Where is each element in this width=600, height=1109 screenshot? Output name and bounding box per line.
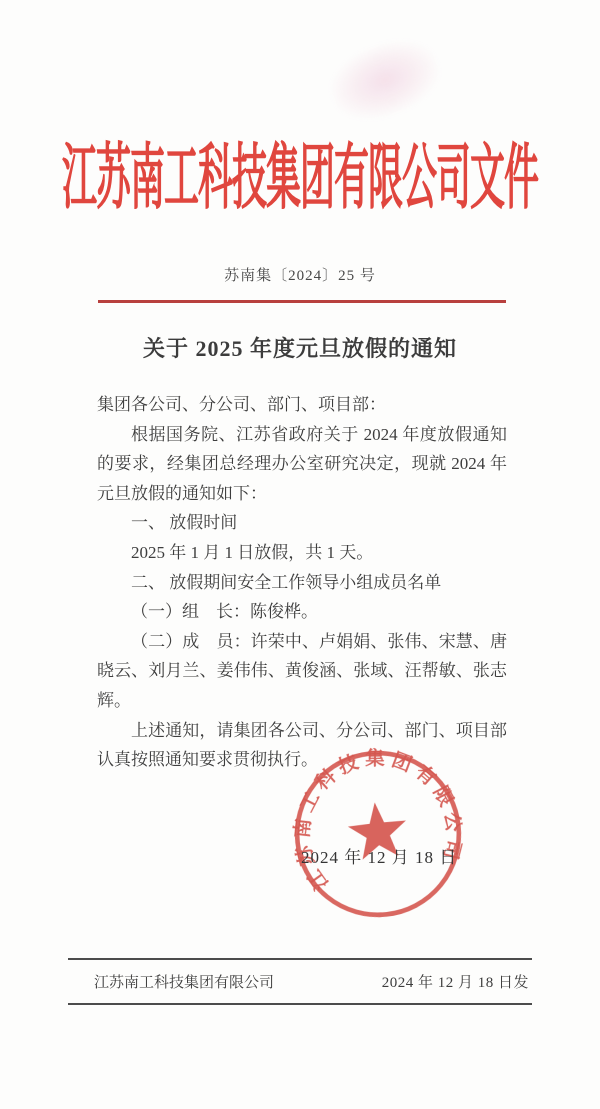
group-leader-line: （一）组 长：陈俊桦。 (97, 597, 507, 627)
company-seal-stamp: 江苏南工科技集团有限公司 (282, 738, 473, 929)
section-1-content: 2025 年 1 月 1 日放假，共 1 天。 (97, 538, 507, 568)
red-separator-line (98, 300, 506, 303)
document-page: 江苏南工科技集团有限公司文件 苏南集〔2024〕25 号 关于 2025 年度元… (0, 0, 600, 1109)
signature-date: 2024 年 12 月 18 日 (301, 843, 457, 868)
notice-title: 关于 2025 年度元旦放假的通知 (0, 332, 600, 363)
red-header-title: 江苏南工科技集团有限公司文件 (0, 122, 600, 225)
footer-company-name: 江苏南工科技集团有限公司 (94, 971, 274, 992)
group-members-line: （二）成 员：许荣中、卢娟娟、张伟、宋慧、唐晓云、刘月兰、姜伟伟、黄俊涵、张域、… (97, 627, 507, 716)
section-2-heading: 二、 放假期间安全工作领导小组成员名单 (97, 568, 507, 598)
notice-body: 集团各公司、分公司、部门、项目部： 根据国务院、江苏省政府关于 2024 年度放… (97, 390, 507, 775)
stamp-bleed-mark (321, 28, 448, 131)
footer-issue-date: 2024 年 12 月 18 日发 (382, 971, 529, 992)
footer-bar: 江苏南工科技集团有限公司 2024 年 12 月 18 日发 (68, 958, 532, 1005)
salutation: 集团各公司、分公司、部门、项目部： (97, 390, 507, 420)
document-number: 苏南集〔2024〕25 号 (0, 264, 600, 285)
section-1-heading: 一、 放假时间 (97, 508, 507, 538)
paragraph-intro: 根据国务院、江苏省政府关于 2024 年度放假通知的要求，经集团总经理办公室研究… (97, 420, 507, 509)
